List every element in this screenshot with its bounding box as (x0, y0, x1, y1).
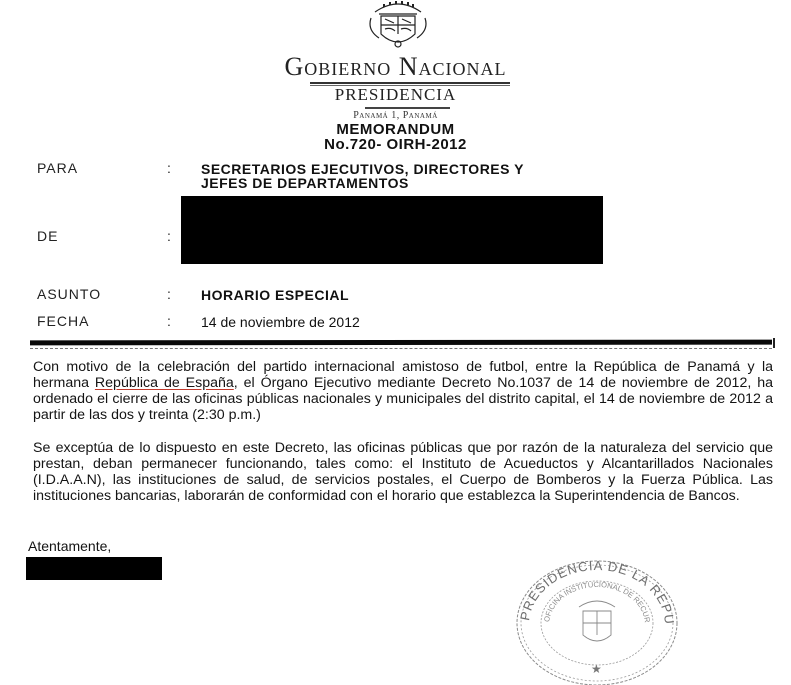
subject-value: HORARIO ESPECIAL (201, 287, 349, 303)
sender-redaction (181, 196, 603, 264)
asunto-label: ASUNTO (37, 286, 101, 302)
para-label: PARA (37, 160, 78, 176)
svg-text:★: ★ (591, 662, 602, 676)
section-divider (30, 340, 772, 346)
office-title: PRESIDENCIA (0, 85, 791, 105)
coat-of-arms-icon (365, 0, 431, 50)
de-label: DE (37, 228, 58, 244)
signature-redaction (26, 557, 162, 580)
asunto-colon: : (167, 286, 171, 302)
divider-end-mark (773, 338, 775, 348)
document-number: No.720- OIRH-2012 (0, 136, 791, 153)
para-value-line2: JEFES DE DEPARTAMENTOS (201, 175, 409, 191)
government-title: Gobierno Nacional (0, 52, 791, 82)
fecha-label: FECHA (37, 313, 89, 329)
seal-stamp-icon: PRESIDENCIA DE LA REPUBLICA DE PANAMA OF… (507, 555, 687, 685)
stamp-outer-text: PRESIDENCIA DE LA REPUBLICA DE PANAMA (507, 555, 677, 626)
date-value: 14 de noviembre de 2012 (201, 314, 360, 330)
body-paragraph-1: Con motivo de la celebración del partido… (33, 359, 773, 423)
section-divider-thin (30, 348, 772, 349)
body-paragraph-2: Se exceptúa de lo dispuesto en este Decr… (33, 440, 773, 504)
city-line: Panamá 1, Panamá (0, 110, 791, 121)
svg-text:PRESIDENCIA DE LA REPUBLICA DE: PRESIDENCIA DE LA REPUBLICA DE PANAMA (507, 555, 677, 626)
office-rule (365, 107, 450, 109)
header-rule (310, 82, 510, 84)
underlined-phrase: República de España (95, 375, 234, 391)
para-colon: : (167, 160, 171, 176)
de-colon: : (167, 228, 171, 244)
closing: Atentamente, (28, 538, 111, 554)
fecha-colon: : (167, 313, 171, 329)
